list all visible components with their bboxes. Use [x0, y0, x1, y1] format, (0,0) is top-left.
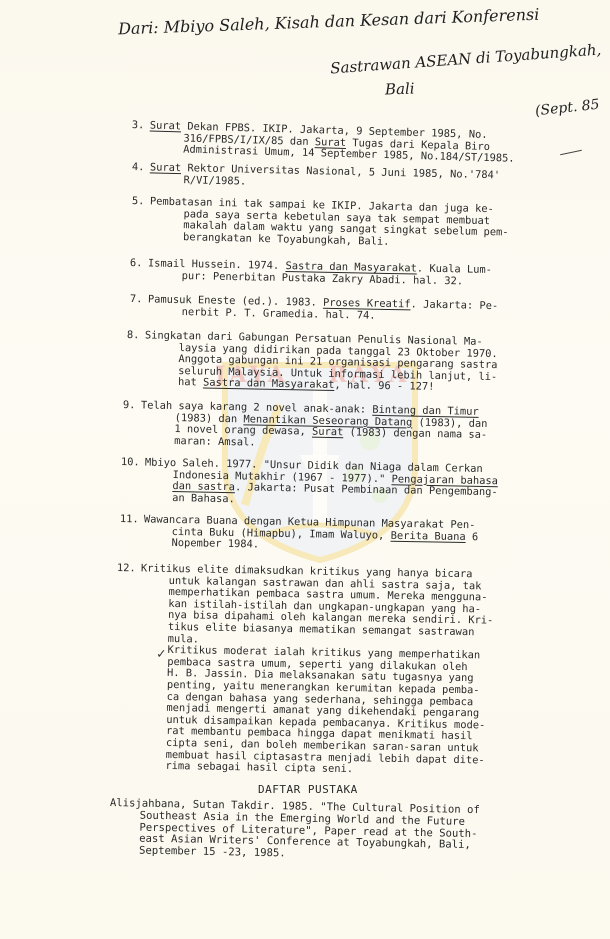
handwritten-stroke: [560, 150, 582, 156]
footnote-number: 6.: [130, 258, 143, 270]
handwritten-source-line-3: Bali: [385, 79, 415, 98]
footnote-8: 8.Singkatan dari Gabungan Persatuan Penu…: [126, 330, 498, 395]
footnote-11: 11.Wawancara Buana dengan Ketua Himpunan…: [119, 514, 478, 555]
footnote-6: 6.Ismail Hussein. 1974. Sastra dan Masya…: [130, 258, 492, 288]
footnote-number: 12.: [117, 563, 136, 575]
footnote-10: 10.Mbiyo Saleh. 1977. "Unsur Didik dan N…: [120, 457, 498, 511]
footnote-number: 4.: [132, 162, 145, 174]
footnote-number: 9.: [123, 400, 136, 412]
footnote-number: 7.: [130, 294, 143, 306]
bibliography-entry: Alisjahbana, Sutan Takdir. 1985. "The Cu…: [109, 798, 480, 864]
scanned-page: JAYA RAYA Dari: Mbiyo Saleh, Kisah dan K…: [0, 0, 610, 939]
footnote-12: 12.Kritikus elite dimaksudkan kritikus y…: [113, 563, 494, 778]
footnote-number: 11.: [120, 514, 139, 526]
footnote-5: 5.Pembatasan ini tak sampai ke IKIP. Jak…: [131, 196, 509, 251]
footnote-number: 8.: [127, 330, 140, 342]
footnote-3: 3.Surat Dekan FPBS. IKIP. Jakarta, 9 Sep…: [131, 120, 515, 165]
footnote-7: 7.Pamusuk Eneste (ed.). 1983. Proses Kre…: [130, 294, 499, 324]
handwritten-source-line-2: Sastrawan ASEAN di Toyabungkah,: [330, 41, 602, 78]
footnote-4: 4.Surat Rektor Universitas Nasional, 5 J…: [131, 162, 500, 194]
footnote-number: 10.: [121, 457, 140, 469]
handwritten-source-line-1: Dari: Mbiyo Saleh, Kisah dan Kesan dari …: [118, 5, 540, 39]
handwritten-date: (Sept. 85: [534, 97, 600, 120]
checkmark-annotation: ✓: [157, 646, 165, 662]
footnote-number: 3.: [132, 120, 145, 132]
footnote-number: 5.: [132, 196, 145, 208]
bibliography-heading: DAFTAR PUSTAKA: [258, 783, 358, 796]
footnote-9: 9.Telah saya karang 2 novel anak-anak: B…: [122, 400, 488, 453]
